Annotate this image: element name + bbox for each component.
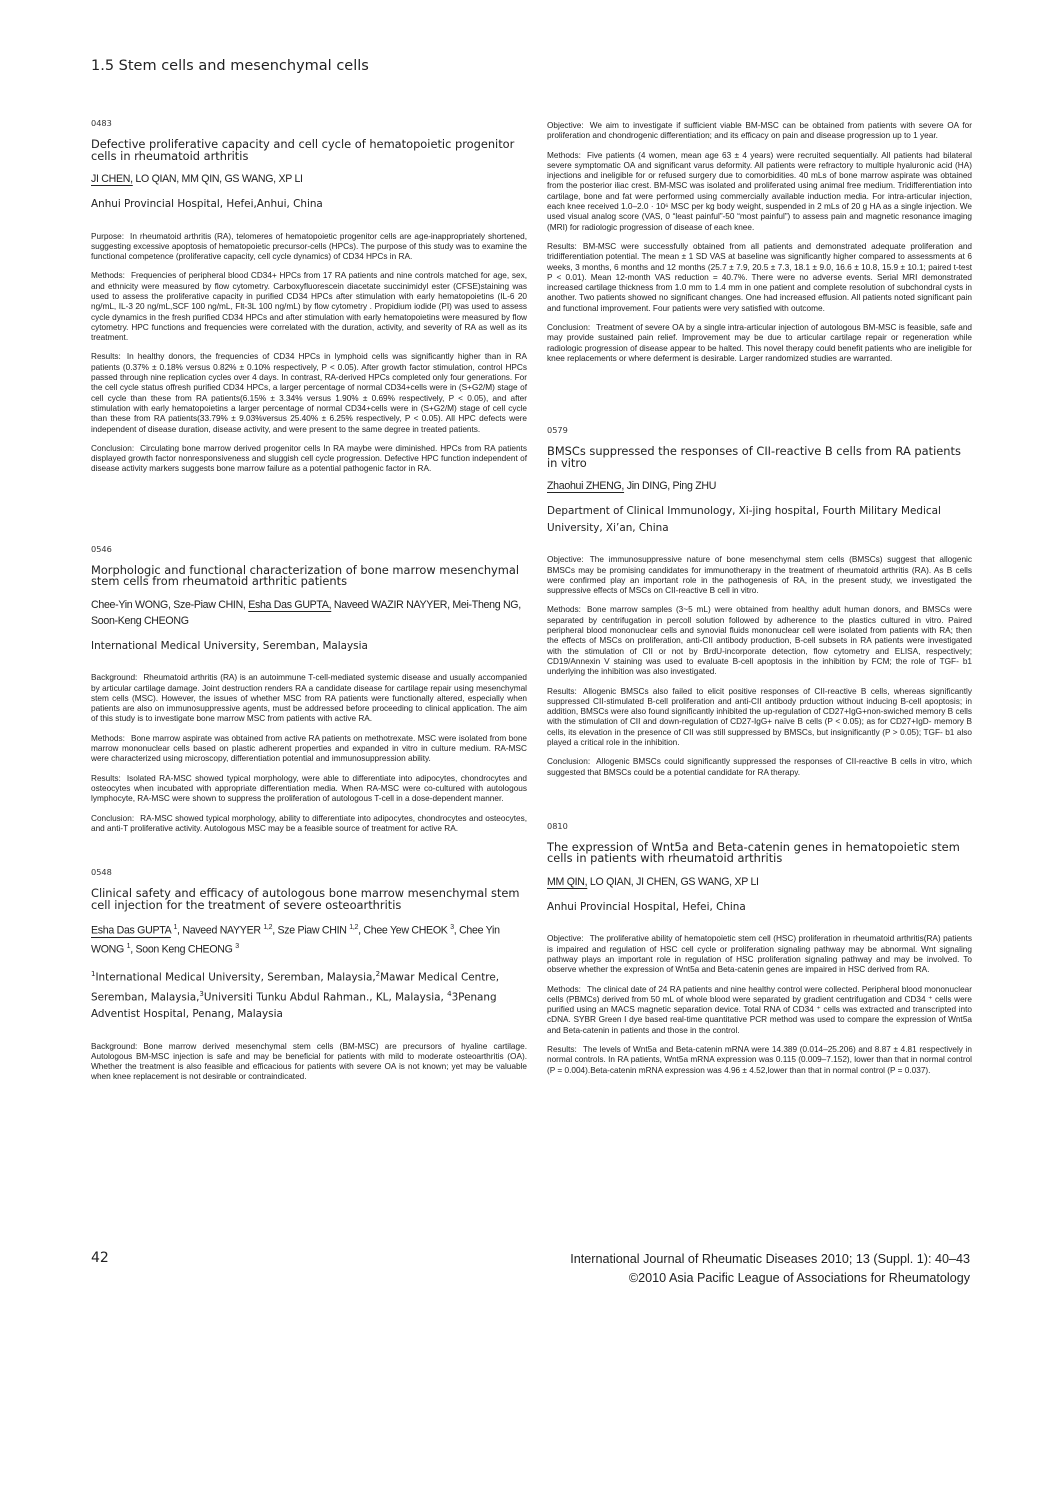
co-authors-before: Chee-Yin WONG, Sze-Piaw CHIN, [91, 599, 248, 611]
author-sup: 1,2 [349, 924, 358, 931]
section-methods: Methods:Five patients (4 women, mean age… [547, 151, 972, 233]
section-text: Allogenic BMSCs also failed to elicit po… [547, 687, 972, 747]
abstract-title: Clinical safety and efficacy of autologo… [91, 888, 527, 911]
spacer [547, 787, 972, 821]
section-conclusion: Conclusion:Circulating bone marrow deriv… [91, 444, 527, 475]
section-text: RA-MSC showed typical morphology, abilit… [91, 814, 527, 833]
section-label: Results: [91, 774, 121, 783]
section-text: Bone marrow samples (3~5 mL) were obtain… [547, 605, 972, 676]
section-label: Purpose: [91, 232, 124, 241]
section-results: Results:The levels of Wnt5a and Beta-cat… [547, 1045, 972, 1076]
section-label: Methods: [547, 605, 581, 614]
author-name: Soon Keng CHEONG [135, 943, 232, 955]
section-label: Results: [547, 242, 577, 251]
section-label: Methods: [91, 734, 125, 743]
section-text: Circulating bone marrow derived progenit… [91, 444, 527, 474]
abstract-authors: JI CHEN, LO QIAN, MM QIN, GS WANG, XP LI [91, 171, 527, 187]
co-authors: Jin DING, Ping ZHU [624, 480, 716, 492]
section-label: Objective: [547, 555, 584, 564]
section-conclusion: Conclusion:RA-MSC showed typical morphol… [91, 814, 527, 835]
abstract-affiliation: Department of Clinical Immunology, Xi-ji… [547, 503, 972, 536]
section-text: BM-MSC were successfully obtained from a… [547, 242, 972, 313]
section-methods: Methods:Bone marrow samples (3~5 mL) wer… [547, 605, 972, 677]
section-label: Objective: [547, 121, 584, 130]
author-sup: 1 [127, 943, 131, 950]
abstract-authors: Zhaohui ZHENG, Jin DING, Ping ZHU [547, 478, 972, 494]
section-text: Bone marrow derived mesenchymal stem cel… [91, 1042, 527, 1082]
abstract-0810: 0810 The expression of Wnt5a and Beta-ca… [547, 821, 972, 1076]
author-sup: 3 [450, 924, 454, 931]
section-text: Frequencies of peripheral blood CD34+ HP… [91, 271, 527, 342]
section-methods: Methods:Bone marrow aspirate was obtaine… [91, 734, 527, 765]
section-text: In healthy donors, the frequencies of CD… [91, 352, 527, 433]
abstract-authors: Esha Das GUPTA 1, Naveed NAYYER 1,2, Sze… [91, 920, 527, 957]
section-results: Results:BM-MSC were successfully obtaine… [547, 242, 972, 314]
section-label: Methods: [547, 151, 581, 160]
abstract-authors: MM QIN, LO QIAN, JI CHEN, GS WANG, XP LI [547, 874, 972, 890]
affil-text: Universiti Tunku Abdul Rahman., KL, Mala… [204, 992, 447, 1004]
abstract-id: 0548 [91, 867, 527, 877]
section-objective: Objective:The proliferative ability of h… [547, 934, 972, 975]
abstract-0483: 0483 Defective proliferative capacity an… [91, 118, 527, 475]
section-text: The proliferative ability of hematopoiet… [547, 934, 972, 974]
section-background: Background:Bone marrow derived mesenchym… [91, 1042, 527, 1083]
section-text: In rheumatoid arthritis (RA), telomeres … [91, 232, 527, 262]
section-header: 1.5 Stem cells and mesenchymal cells [91, 58, 369, 74]
section-label: Conclusion: [547, 757, 590, 766]
section-text: Bone marrow aspirate was obtained from a… [91, 734, 527, 764]
journal-line: International Journal of Rheumatic Disea… [570, 1250, 970, 1269]
abstract-affiliation: Anhui Provincial Hospital, Hefei, China [547, 899, 972, 916]
author-sup: 1,2 [263, 924, 272, 931]
section-label: Results: [547, 1045, 577, 1054]
abstract-title: BMSCs suppressed the responses of CII-re… [547, 446, 972, 469]
abstract-0548: 0548 Clinical safety and efficacy of aut… [91, 867, 527, 1083]
section-label: Results: [91, 352, 121, 361]
abstract-0579: 0579 BMSCs suppressed the responses of C… [547, 425, 972, 778]
abstract-0548-continued: Objective:We aim to investigate if suffi… [547, 121, 972, 364]
abstract-affiliation: International Medical University, Seremb… [91, 638, 527, 655]
section-text: We aim to investigate if sufficient viab… [547, 121, 972, 140]
section-label: Methods: [91, 271, 125, 280]
left-column: 0483 Defective proliferative capacity an… [91, 118, 527, 1092]
affil-text: International Medical University, Seremb… [95, 972, 375, 984]
spacer [91, 484, 527, 544]
abstract-authors: Chee-Yin WONG, Sze-Piaw CHIN, Esha Das G… [91, 597, 527, 629]
section-label: Background: [91, 673, 137, 682]
abstract-id: 0579 [547, 425, 972, 435]
abstract-id: 0810 [547, 821, 972, 831]
section-text: The immunosuppressive nature of bone mes… [547, 555, 972, 595]
presenting-author: MM QIN, [547, 876, 587, 888]
section-results: Results:Isolated RA-MSC showed typical m… [91, 774, 527, 805]
presenting-author: JI CHEN, [91, 173, 133, 185]
section-conclusion: Conclusion:Treatment of severe OA by a s… [547, 323, 972, 364]
abstract-id: 0483 [91, 118, 527, 128]
copyright-line: ©2010 Asia Pacific League of Association… [570, 1269, 970, 1288]
section-conclusion: Conclusion:Allogenic BMSCs could signifi… [547, 757, 972, 778]
presenting-author: Esha Das GUPTA, [248, 599, 331, 611]
author-name: Chee Yew CHEOK [363, 925, 447, 937]
author-sup: 3 [235, 943, 239, 950]
abstract-title: Defective proliferative capacity and cel… [91, 139, 527, 162]
abstract-title: Morphologic and functional characterizat… [91, 565, 527, 588]
co-authors: LO QIAN, MM QIN, GS WANG, XP LI [133, 173, 303, 185]
section-text: The levels of Wnt5a and Beta-catenin mRN… [547, 1045, 972, 1075]
abstract-affiliation: 1International Medical University, Serem… [91, 966, 527, 1022]
section-label: Conclusion: [91, 444, 134, 453]
abstract-0546: 0546 Morphologic and functional characte… [91, 544, 527, 834]
abstract-title: The expression of Wnt5a and Beta-catenin… [547, 842, 972, 865]
page-number: 42 [91, 1250, 109, 1266]
section-background: Background:Rheumatoid arthritis (RA) is … [91, 673, 527, 724]
section-label: Conclusion: [547, 323, 590, 332]
section-results: Results:Allogenic BMSCs also failed to e… [547, 687, 972, 749]
spacer [91, 843, 527, 867]
co-authors: LO QIAN, JI CHEN, GS WANG, XP LI [587, 876, 758, 888]
section-label: Background: [91, 1042, 137, 1051]
author-name: Naveed NAYYER [182, 925, 260, 937]
section-text: The clinical date of 24 RA patients and … [547, 985, 972, 1035]
section-text: Five patients (4 women, mean age 63 ± 4 … [547, 151, 972, 232]
section-text: Isolated RA-MSC showed typical morpholog… [91, 774, 527, 804]
section-methods: Methods:The clinical date of 24 RA patie… [547, 985, 972, 1036]
section-objective: Objective:The immunosuppressive nature o… [547, 555, 972, 596]
section-methods: Methods:Frequencies of peripheral blood … [91, 271, 527, 343]
section-text: Treatment of severe OA by a single intra… [547, 323, 972, 363]
presenting-author: Esha Das GUPTA [91, 925, 171, 937]
journal-citation: International Journal of Rheumatic Disea… [570, 1250, 970, 1288]
section-label: Methods: [547, 985, 581, 994]
section-purpose: Purpose:In rheumatoid arthritis (RA), te… [91, 232, 527, 263]
section-label: Results: [547, 687, 577, 696]
right-column: Objective:We aim to investigate if suffi… [547, 121, 972, 1085]
author-sup: 1 [173, 924, 177, 931]
spacer [547, 373, 972, 425]
section-label: Objective: [547, 934, 584, 943]
section-text: Rheumatoid arthritis (RA) is an autoimmu… [91, 673, 527, 723]
author-name: Sze Piaw CHIN [277, 925, 346, 937]
abstract-affiliation: Anhui Provincial Hospital, Hefei,Anhui, … [91, 196, 527, 213]
section-results: Results:In healthy donors, the frequenci… [91, 352, 527, 434]
section-objective: Objective:We aim to investigate if suffi… [547, 121, 972, 142]
section-text: Allogenic BMSCs could significantly supp… [547, 757, 972, 776]
abstract-id: 0546 [91, 544, 527, 554]
section-label: Conclusion: [91, 814, 134, 823]
presenting-author: Zhaohui ZHENG, [547, 480, 624, 492]
